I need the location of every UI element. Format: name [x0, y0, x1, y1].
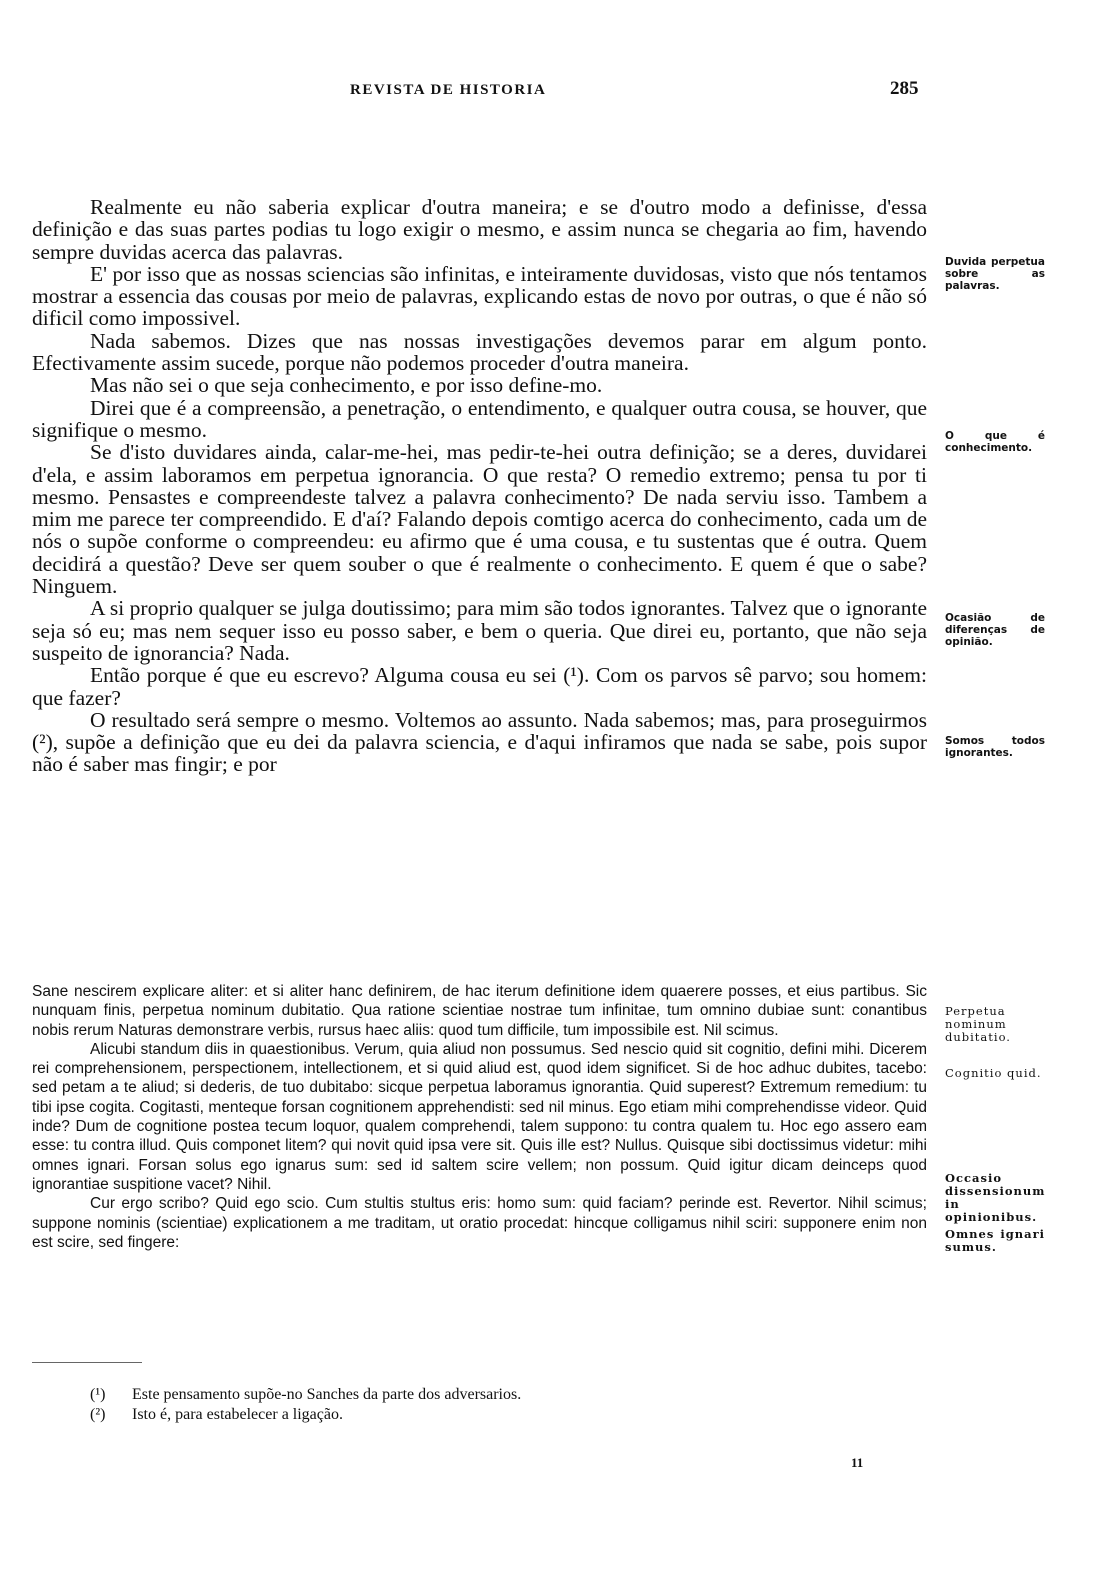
footnote-mark: (¹) [90, 1385, 132, 1405]
margin-note: Occasio dissensionum in opinionibus. [945, 1172, 1045, 1224]
document-page: REVISTA DE HISTORIA 285 Realmente eu não… [0, 0, 1100, 1582]
paragraph: Direi que é a compreensão, a penetração,… [32, 397, 927, 442]
margin-note: Somos todos ignorantes. [945, 735, 1045, 759]
paragraph: O resultado será sempre o mesmo. Voltemo… [32, 709, 927, 776]
margin-note: Ocasião de diferenças de opinião. [945, 612, 1045, 648]
footnote: (¹) Este pensamento supõe-no Sanches da … [90, 1385, 521, 1405]
paragraph: Sane nescirem explicare aliter: et si al… [32, 982, 927, 1040]
latin-text: Sane nescirem explicare aliter: et si al… [32, 982, 927, 1252]
margin-note: Perpetua nominum dubitatio. [945, 1005, 1045, 1044]
paragraph: Mas não sei o que seja conhecimento, e p… [32, 374, 927, 396]
paragraph: E' por isso que as nossas sciencias são … [32, 263, 927, 330]
margin-note: O que é conhecimento. [945, 430, 1045, 454]
paragraph: A si proprio qualquer se julga doutissim… [32, 597, 927, 664]
paragraph: Cur ergo scribo? Quid ego scio. Cum stul… [32, 1194, 927, 1252]
paragraph: Nada sabemos. Dizes que nas nossas inves… [32, 330, 927, 375]
running-title: REVISTA DE HISTORIA [350, 82, 546, 99]
paragraph: Então porque é que eu escrevo? Alguma co… [32, 664, 927, 709]
footnotes: (¹) Este pensamento supõe-no Sanches da … [90, 1385, 521, 1425]
footnote-text: Este pensamento supõe-no Sanches da part… [132, 1385, 521, 1405]
footnote-divider [32, 1362, 142, 1363]
margin-note: Duvida perpetua sobre as palavras. [945, 256, 1045, 292]
paragraph: Realmente eu não saberia explicar d'outr… [32, 196, 927, 263]
footnote-mark: (²) [90, 1405, 132, 1425]
signature-mark: 11 [851, 1455, 863, 1471]
paragraph: Alicubi standum diis in quaestionibus. V… [32, 1040, 927, 1194]
page-header: REVISTA DE HISTORIA 285 [0, 78, 1100, 108]
portuguese-text: Realmente eu não saberia explicar d'outr… [32, 196, 927, 776]
margin-note: Cognitio quid. [945, 1067, 1045, 1080]
margin-note: Omnes ignari sumus. [945, 1228, 1045, 1254]
footnote: (²) Isto é, para estabelecer a ligação. [90, 1405, 521, 1425]
paragraph: Se d'isto duvidares ainda, calar-me-hei,… [32, 441, 927, 597]
page-number: 285 [890, 78, 919, 100]
footnote-text: Isto é, para estabelecer a ligação. [132, 1405, 343, 1425]
